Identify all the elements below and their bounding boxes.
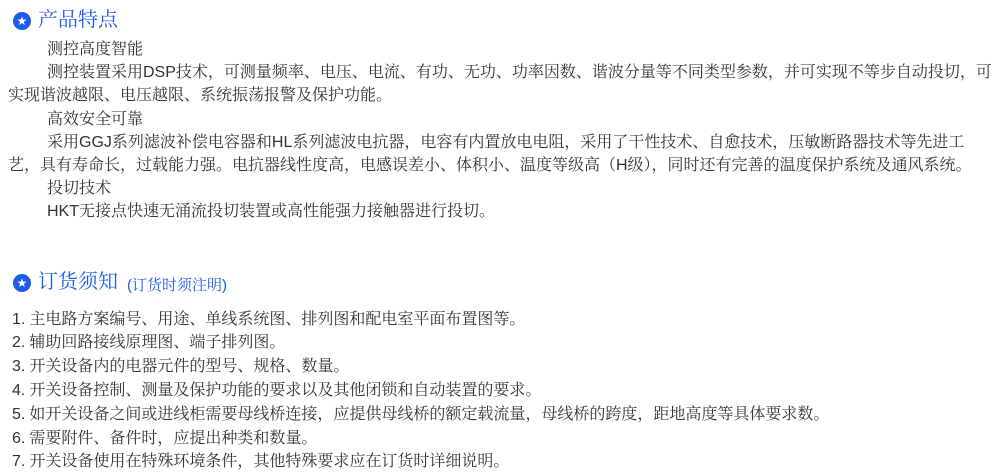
feature-subheading: 高效安全可靠 xyxy=(8,108,994,131)
order-item-number: 4. xyxy=(12,382,25,399)
order-item-number: 2. xyxy=(12,334,25,351)
product-doc-page: ★ 产品特点 测控高度智能 测控装置采用DSP技术，可测量频率、电压、电流、有功… xyxy=(0,0,1000,473)
order-item-text: 开关设备控制、测量及保护功能的要求以及其他闭锁和自动装置的要求。 xyxy=(29,382,541,399)
ordering-section-header: ★ 订货须知 (订货时须注明) xyxy=(13,271,1000,295)
features-section-header: ★ 产品特点 xyxy=(13,0,1000,32)
order-item-number: 1. xyxy=(12,311,25,328)
features-body: 测控高度智能 测控装置采用DSP技术，可测量频率、电压、电流、有功、无功、功率因… xyxy=(8,38,994,224)
order-item-text: 主电路方案编号、用途、单线系统图、排列图和配电室平面布置图等。 xyxy=(29,311,525,328)
order-item: 4.开关设备控制、测量及保护功能的要求以及其他闭锁和自动装置的要求。 xyxy=(12,379,994,403)
feature-paragraph: 测控装置采用DSP技术，可测量频率、电压、电流、有功、无功、功率因数、谐波分量等… xyxy=(8,61,994,107)
features-section-title: 产品特点 xyxy=(38,9,118,32)
order-item: 2.辅助回路接线原理图、端子排列图。 xyxy=(12,331,994,355)
order-item-text: 辅助回路接线原理图、端子排列图。 xyxy=(29,334,285,351)
order-item-text: 开关设备使用在特殊环境条件，其他特殊要求应在订货时详细说明。 xyxy=(29,453,509,470)
order-item-text: 需要附件、备件时，应提出种类和数量。 xyxy=(29,430,317,447)
order-item-number: 7. xyxy=(12,453,25,470)
order-item-number: 3. xyxy=(12,358,25,375)
order-item-text: 开关设备内的电器元件的型号、规格、数量。 xyxy=(29,358,349,375)
feature-paragraph: 采用GGJ系列滤波补偿电容器和HL系列滤波电抗器，电容有内置放电电阻，采用了干性… xyxy=(8,131,994,177)
order-item: 5.如开关设备之间或进线柜需要母线桥连接，应提供母线桥的额定载流量，母线桥的跨度… xyxy=(12,403,994,427)
feature-paragraph: HKT无接点快速无涌流投切装置或高性能强力接触器进行投切。 xyxy=(8,200,994,223)
order-item: 1.主电路方案编号、用途、单线系统图、排列图和配电室平面布置图等。 xyxy=(12,308,994,332)
order-item: 7.开关设备使用在特殊环境条件，其他特殊要求应在订货时详细说明。 xyxy=(12,450,994,473)
order-item-text: 如开关设备之间或进线柜需要母线桥连接，应提供母线桥的额定载流量，母线桥的跨度，距… xyxy=(29,406,829,423)
feature-subheading: 投切技术 xyxy=(8,177,994,200)
ordering-section-subtitle: (订货时须注明) xyxy=(127,271,227,295)
order-item-number: 6. xyxy=(12,430,25,447)
order-item: 3.开关设备内的电器元件的型号、规格、数量。 xyxy=(12,355,994,379)
order-item: 6.需要附件、备件时，应提出种类和数量。 xyxy=(12,427,994,451)
order-item-number: 5. xyxy=(12,406,25,423)
ordering-section-title: 订货须知 xyxy=(38,271,118,294)
feature-subheading: 测控高度智能 xyxy=(8,38,994,61)
ordering-list: 1.主电路方案编号、用途、单线系统图、排列图和配电室平面布置图等。 2.辅助回路… xyxy=(12,308,994,473)
star-in-circle-icon: ★ xyxy=(13,274,31,292)
star-in-circle-icon: ★ xyxy=(13,12,31,30)
